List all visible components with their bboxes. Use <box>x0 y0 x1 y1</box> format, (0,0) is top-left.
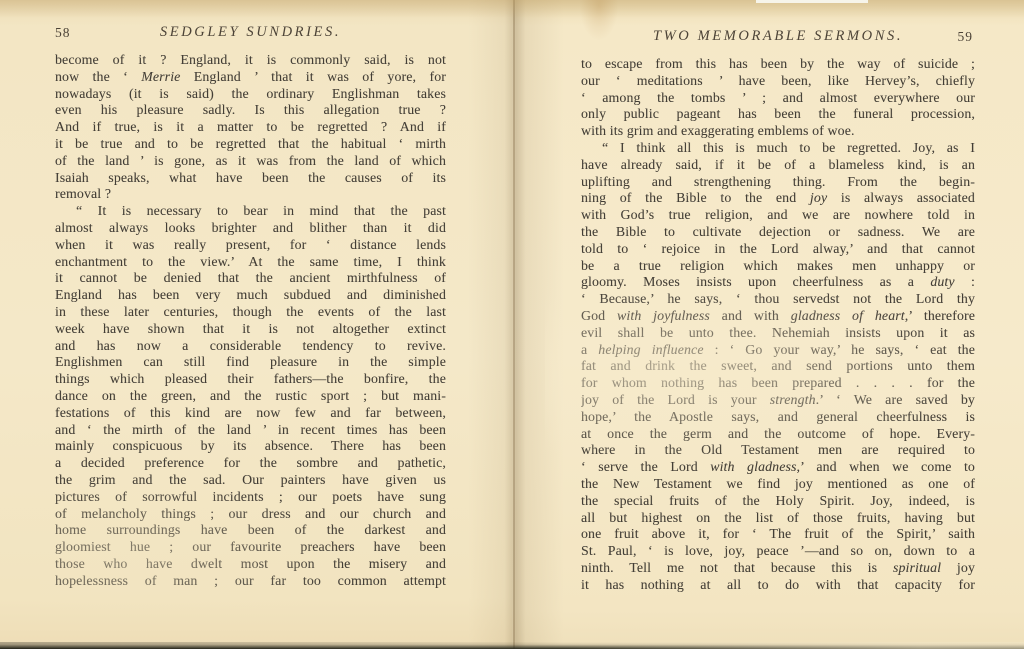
text-line: gloomiest hue ; our favourite preachers … <box>55 539 446 556</box>
left-page-header: 58 SEDGLEY SUNDRIES. <box>55 24 446 44</box>
text-line: the grim and the sad. Our painters have … <box>55 472 446 489</box>
left-page-number: 58 <box>55 25 71 41</box>
text-line: with its grim and exaggerating emblems o… <box>581 123 975 140</box>
text-line: Englishmen can still find pleasure in th… <box>55 354 446 371</box>
text-line: and has now a considerable tendency to r… <box>55 338 446 355</box>
text-line: when it was really present, for ‘ distan… <box>55 237 446 254</box>
text-line: even his pleasure sadly. Is this allegat… <box>55 102 446 119</box>
text-line: hopelessness of man ; our far too common… <box>55 573 446 590</box>
text-line: things which pleased their fathers—the b… <box>55 371 446 388</box>
text-line: a decided preference for the sombre and … <box>55 455 446 472</box>
text-line: evil shall be unto thee. Nehemiah insist… <box>581 325 975 342</box>
text-line: ‘ among the tombs ’ ; and almost everywh… <box>581 90 975 107</box>
paragraph: become of it ? England, it is commonly s… <box>55 52 446 203</box>
text-line: and ‘ the mirth of the land ’ in recent … <box>55 422 446 439</box>
text-line: told to ‘ rejoice in the Lord alway,’ an… <box>581 241 975 258</box>
text-line: with God’s true religion, and we are now… <box>581 207 975 224</box>
text-line: pictures of sorrowful incidents ; our po… <box>55 489 446 506</box>
text-line: almost always looks brighter and blither… <box>55 220 446 237</box>
text-line: the New Testament we find joy mentioned … <box>581 476 975 493</box>
text-line: ninth. Tell me not that because this is … <box>581 560 975 577</box>
text-line: festations of this kind are now few and … <box>55 405 446 422</box>
text-line: one fruit above it, for ‘ The fruit of t… <box>581 526 975 543</box>
text-line: have already said, if it be of a blamele… <box>581 157 975 174</box>
text-line: England has been very much subdued and d… <box>55 287 446 304</box>
right-page-number: 59 <box>958 29 974 45</box>
text-line: St. Paul, ‘ is love, joy, peace ’—and so… <box>581 543 975 560</box>
text-line: our ‘ meditations ’ have been, like Herv… <box>581 73 975 90</box>
text-line: hope,’ the Apostle says, and general che… <box>581 409 975 426</box>
text-line: at once the germ and the outcome of hope… <box>581 426 975 443</box>
text-line: those who have dwelt most upon the miser… <box>55 556 446 573</box>
text-line: become of it ? England, it is commonly s… <box>55 52 446 69</box>
left-running-header: SEDGLEY SUNDRIES. <box>55 24 446 41</box>
text-line: gloomy. Moses insists upon cheerfulness … <box>581 274 975 291</box>
paragraph: “ I think all this is much to be regrett… <box>581 140 975 594</box>
text-line: And if true, is it a matter to be regret… <box>55 119 446 136</box>
right-running-header: TWO MEMORABLE SERMONS. <box>581 28 975 45</box>
text-line: in these later centuries, though the eve… <box>55 304 446 321</box>
text-line: for whom nothing has been prepared . . .… <box>581 375 975 392</box>
text-line: “ It is necessary to bear in mind that t… <box>55 203 446 220</box>
text-line: of melancholy things ; our dress and our… <box>55 506 446 523</box>
text-line: “ I think all this is much to be regrett… <box>581 140 975 157</box>
text-line: dance on the green, and the rustic sport… <box>55 388 446 405</box>
text-line: the Bible to cultivate dejection or sadn… <box>581 224 975 241</box>
text-line: mainly conspicuous by its absence. There… <box>55 438 446 455</box>
right-page-text: to escape from this has been by the way … <box>581 56 975 594</box>
text-line: only public pageant has been the funeral… <box>581 106 975 123</box>
text-line: where in the Old Testament men are requi… <box>581 442 975 459</box>
text-line: joy of the Lord is your strength.’ ‘ We … <box>581 392 975 409</box>
text-line: ning of the Bible to the end joy is alwa… <box>581 190 975 207</box>
text-line: removal ? <box>55 186 446 203</box>
paragraph: to escape from this has been by the way … <box>581 56 975 140</box>
paragraph: “ It is necessary to bear in mind that t… <box>55 203 446 589</box>
text-line: Isaiah speaks, what have been the causes… <box>55 170 446 187</box>
text-line: nowadays (it is said) the ordinary Engli… <box>55 86 446 103</box>
text-line: a helping influence : ‘ Go your way,’ he… <box>581 342 975 359</box>
text-line: be a true religion which makes men unhap… <box>581 258 975 275</box>
text-line: it has nothing at all to do with that ca… <box>581 577 975 594</box>
text-line: the special fruits of the Holy Spirit. J… <box>581 493 975 510</box>
left-page-text: become of it ? England, it is commonly s… <box>55 52 446 590</box>
text-line: fat and drink the sweet, and send portio… <box>581 358 975 375</box>
text-line: home surroundings have been of the darke… <box>55 522 446 539</box>
text-line: uplifting and strengthening thing. From … <box>581 174 975 191</box>
text-line: it be true and to be regretted that the … <box>55 136 446 153</box>
text-line: now the ‘ Merrie England ’ that it was o… <box>55 69 446 86</box>
text-line: ‘ serve the Lord with gladness,’ and whe… <box>581 459 975 476</box>
right-page-header: TWO MEMORABLE SERMONS. 59 <box>581 28 975 48</box>
text-line: to escape from this has been by the way … <box>581 56 975 73</box>
book-scan: 58 SEDGLEY SUNDRIES. TWO MEMORABLE SERMO… <box>0 0 1024 649</box>
scan-edge-highlight <box>756 0 868 3</box>
text-line: week have shown that it is not altogethe… <box>55 321 446 338</box>
text-line: all but highest on the list of those fru… <box>581 510 975 527</box>
text-line: of the land ’ is gone, as it was from th… <box>55 153 446 170</box>
text-line: God with joyfulness and with gladness of… <box>581 308 975 325</box>
text-line: it cannot be denied that the ancient mir… <box>55 270 446 287</box>
text-line: enchantment to the view.’ At the same ti… <box>55 254 446 271</box>
text-line: ‘ Because,’ he says, ‘ thou servedst not… <box>581 291 975 308</box>
